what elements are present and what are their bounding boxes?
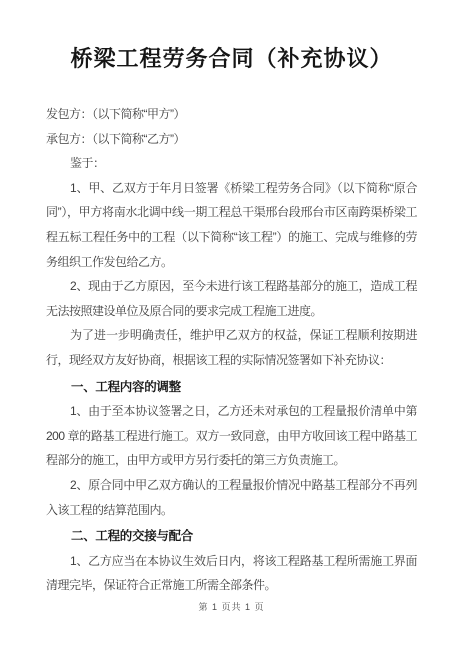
section-2-clause-1: 1、乙方应当在本协议生效后日内，将该工程路基工程所需施工界面清理完毕，保证符合正… bbox=[46, 549, 417, 598]
document-title: 桥梁工程劳务合同（补充协议） bbox=[46, 42, 417, 76]
section-1-clause-2: 2、原合同中甲乙双方确认的工程量报价情况中路基工程部分不再列入该工程的结算范围内… bbox=[46, 473, 417, 522]
purpose-paragraph: 为了进一步明确责任，维护甲乙双方的权益，保证工程顺利按期进行，现经双方友好协商，… bbox=[46, 323, 417, 372]
whereas-clause-2: 2、现由于乙方原因，至今未进行该工程路基部分的施工，造成工程无法按照建设单位及原… bbox=[46, 274, 417, 323]
document-page: 桥梁工程劳务合同（补充协议） 发包方：（以下简称“甲方”） 承包方：（以下简称“… bbox=[0, 0, 463, 655]
party-contractor-line: 承包方：（以下简称“乙方”） bbox=[46, 127, 417, 152]
section-1-clause-1: 1、由于至本协议签署之日，乙方还未对承包的工程量报价清单中第 200 章的路基工… bbox=[46, 399, 417, 473]
party-employer-line: 发包方：（以下简称“甲方”） bbox=[46, 102, 417, 127]
whereas-label: 鉴于： bbox=[46, 151, 417, 176]
section-2-heading: 二、工程的交接与配合 bbox=[46, 524, 417, 549]
whereas-clause-1: 1、甲、乙双方于年月日签署《桥梁工程劳务合同》（以下简称“原合同”），甲方将南水… bbox=[46, 176, 417, 274]
section-1-heading: 一、工程内容的调整 bbox=[46, 375, 417, 400]
page-number-footer: 第 1 页共 1 页 bbox=[0, 600, 463, 613]
